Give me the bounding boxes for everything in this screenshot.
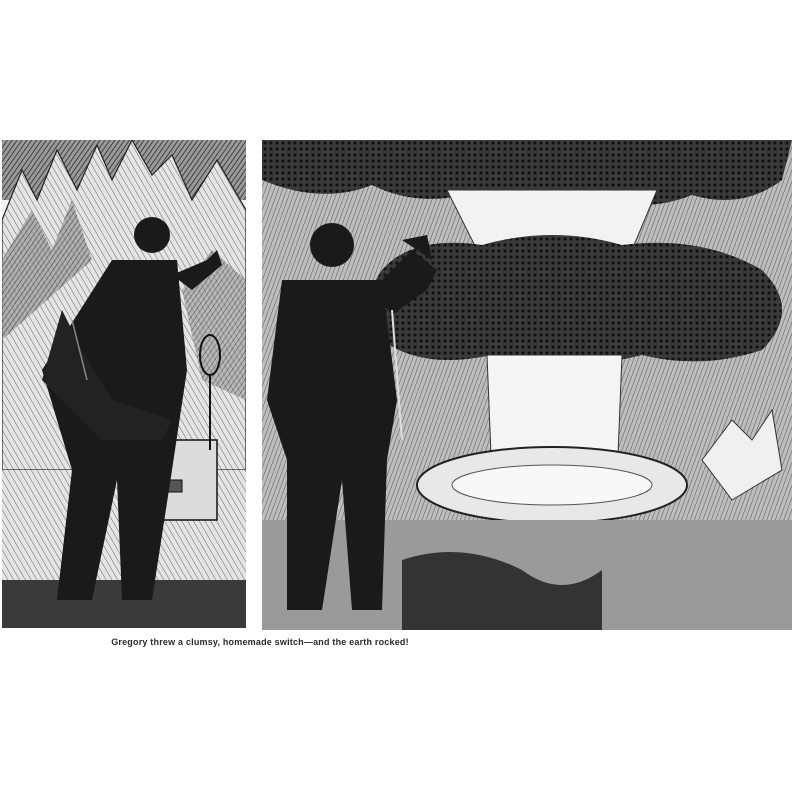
illustration-caption: Gregory threw a clumsy, homemade switch—… bbox=[60, 637, 460, 647]
left-panel-illustration bbox=[2, 140, 246, 628]
right-panel-illustration bbox=[262, 140, 792, 630]
mountain-switch-scene bbox=[2, 140, 246, 628]
explosion-scene bbox=[262, 140, 792, 630]
